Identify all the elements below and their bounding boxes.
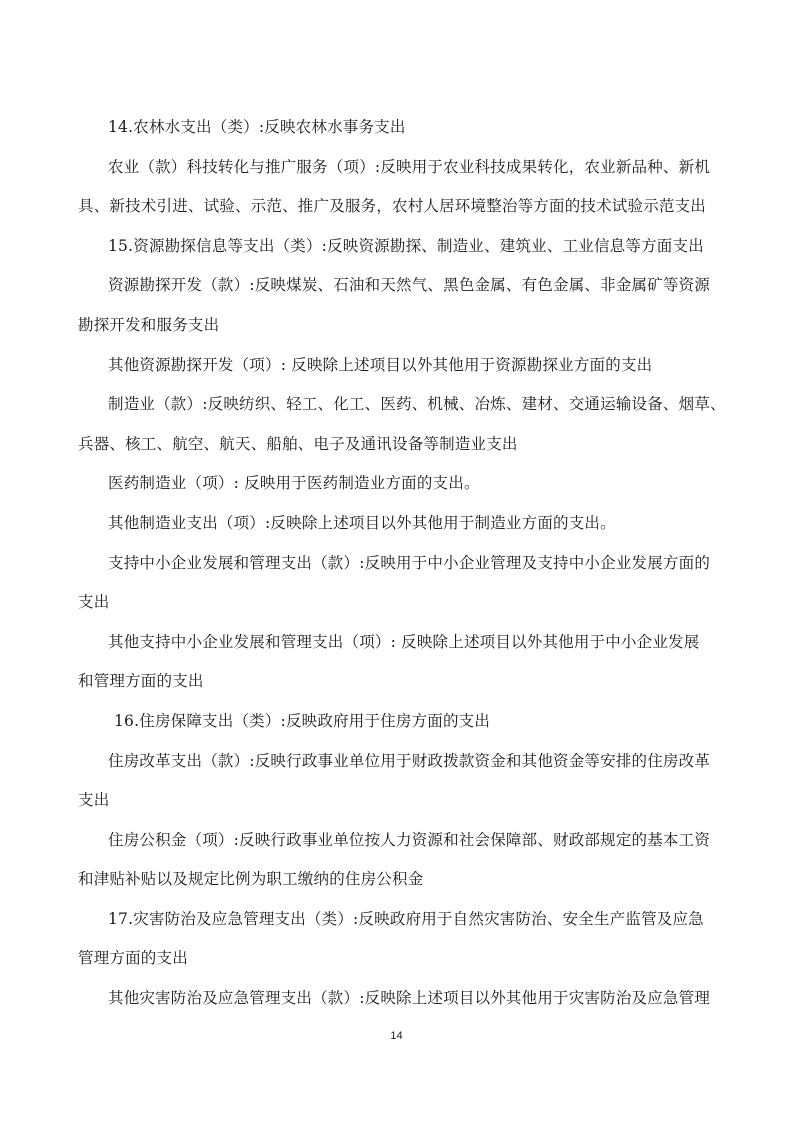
section-heading-16: 16.住房保障支出（类）:反映政府用于住房方面的支出 (78, 702, 718, 742)
paragraph-line: 其他支持中小企业发展和管理支出（项）: 反映除上述项目以外其他用于中小企业发展 (78, 623, 718, 663)
paragraph-line: 其他资源勘探开发（项）: 反映除上述项目以外其他用于资源勘探业方面的支出 (78, 346, 718, 386)
paragraph-line: 住房公积金（项）:反映行政事业单位按人力资源和社会保障部、财政部规定的基本工资 (78, 821, 718, 861)
paragraph-line: 制造业（款）:反映纺织、轻工、化工、医药、机械、冶炼、建材、交通运输设备、烟草、 (78, 385, 718, 425)
paragraph-line: 住房改革支出（款）:反映行政事业单位用于财政拨款资金和其他资金等安排的住房改革 (78, 742, 718, 782)
paragraph-line: 支出 (78, 583, 718, 623)
paragraph-line: 兵器、核工、航空、航天、船舶、电子及通讯设备等制造业支出 (78, 425, 718, 465)
paragraph-line: 和管理方面的支出 (78, 662, 718, 702)
paragraph-line: 其他灾害防治及应急管理支出（款）:反映除上述项目以外其他用于灾害防治及应急管理 (78, 979, 718, 1019)
paragraph-line: 医药制造业（项）: 反映用于医药制造业方面的支出。 (78, 464, 718, 504)
paragraph-line: 其他制造业支出（项）:反映除上述项目以外其他用于制造业方面的支出。 (78, 504, 718, 544)
section-heading-14: 14.农林水支出（类）:反映农林水事务支出 (78, 108, 718, 148)
paragraph-line: 资源勘探开发（款）:反映煤炭、石油和天然气、黑色金属、有色金属、非金属矿等资源 (78, 266, 718, 306)
section-heading-15: 15.资源勘探信息等支出（类）:反映资源勘探、制造业、建筑业、工业信息等方面支出 (78, 227, 718, 267)
page-number: 14 (0, 1030, 793, 1042)
document-body: 14.农林水支出（类）:反映农林水事务支出 农业（款）科技转化与推广服务（项）:… (78, 108, 718, 1019)
paragraph-line: 具、新技术引进、试验、示范、推广及服务，农村人居环境整治等方面的技术试验示范支出 (78, 187, 718, 227)
section-heading-17: 17.灾害防治及应急管理支出（类）:反映政府用于自然灾害防治、安全生产监管及应急 (78, 900, 718, 940)
paragraph-line: 支持中小企业发展和管理支出（款）:反映用于中小企业管理及支持中小企业发展方面的 (78, 544, 718, 584)
paragraph-line: 勘探开发和服务支出 (78, 306, 718, 346)
paragraph-line: 支出 (78, 781, 718, 821)
paragraph-line: 管理方面的支出 (78, 939, 718, 979)
paragraph-line: 和津贴补贴以及规定比例为职工缴纳的住房公积金 (78, 860, 718, 900)
paragraph-line: 农业（款）科技转化与推广服务（项）:反映用于农业科技成果转化，农业新品种、新机 (78, 148, 718, 188)
